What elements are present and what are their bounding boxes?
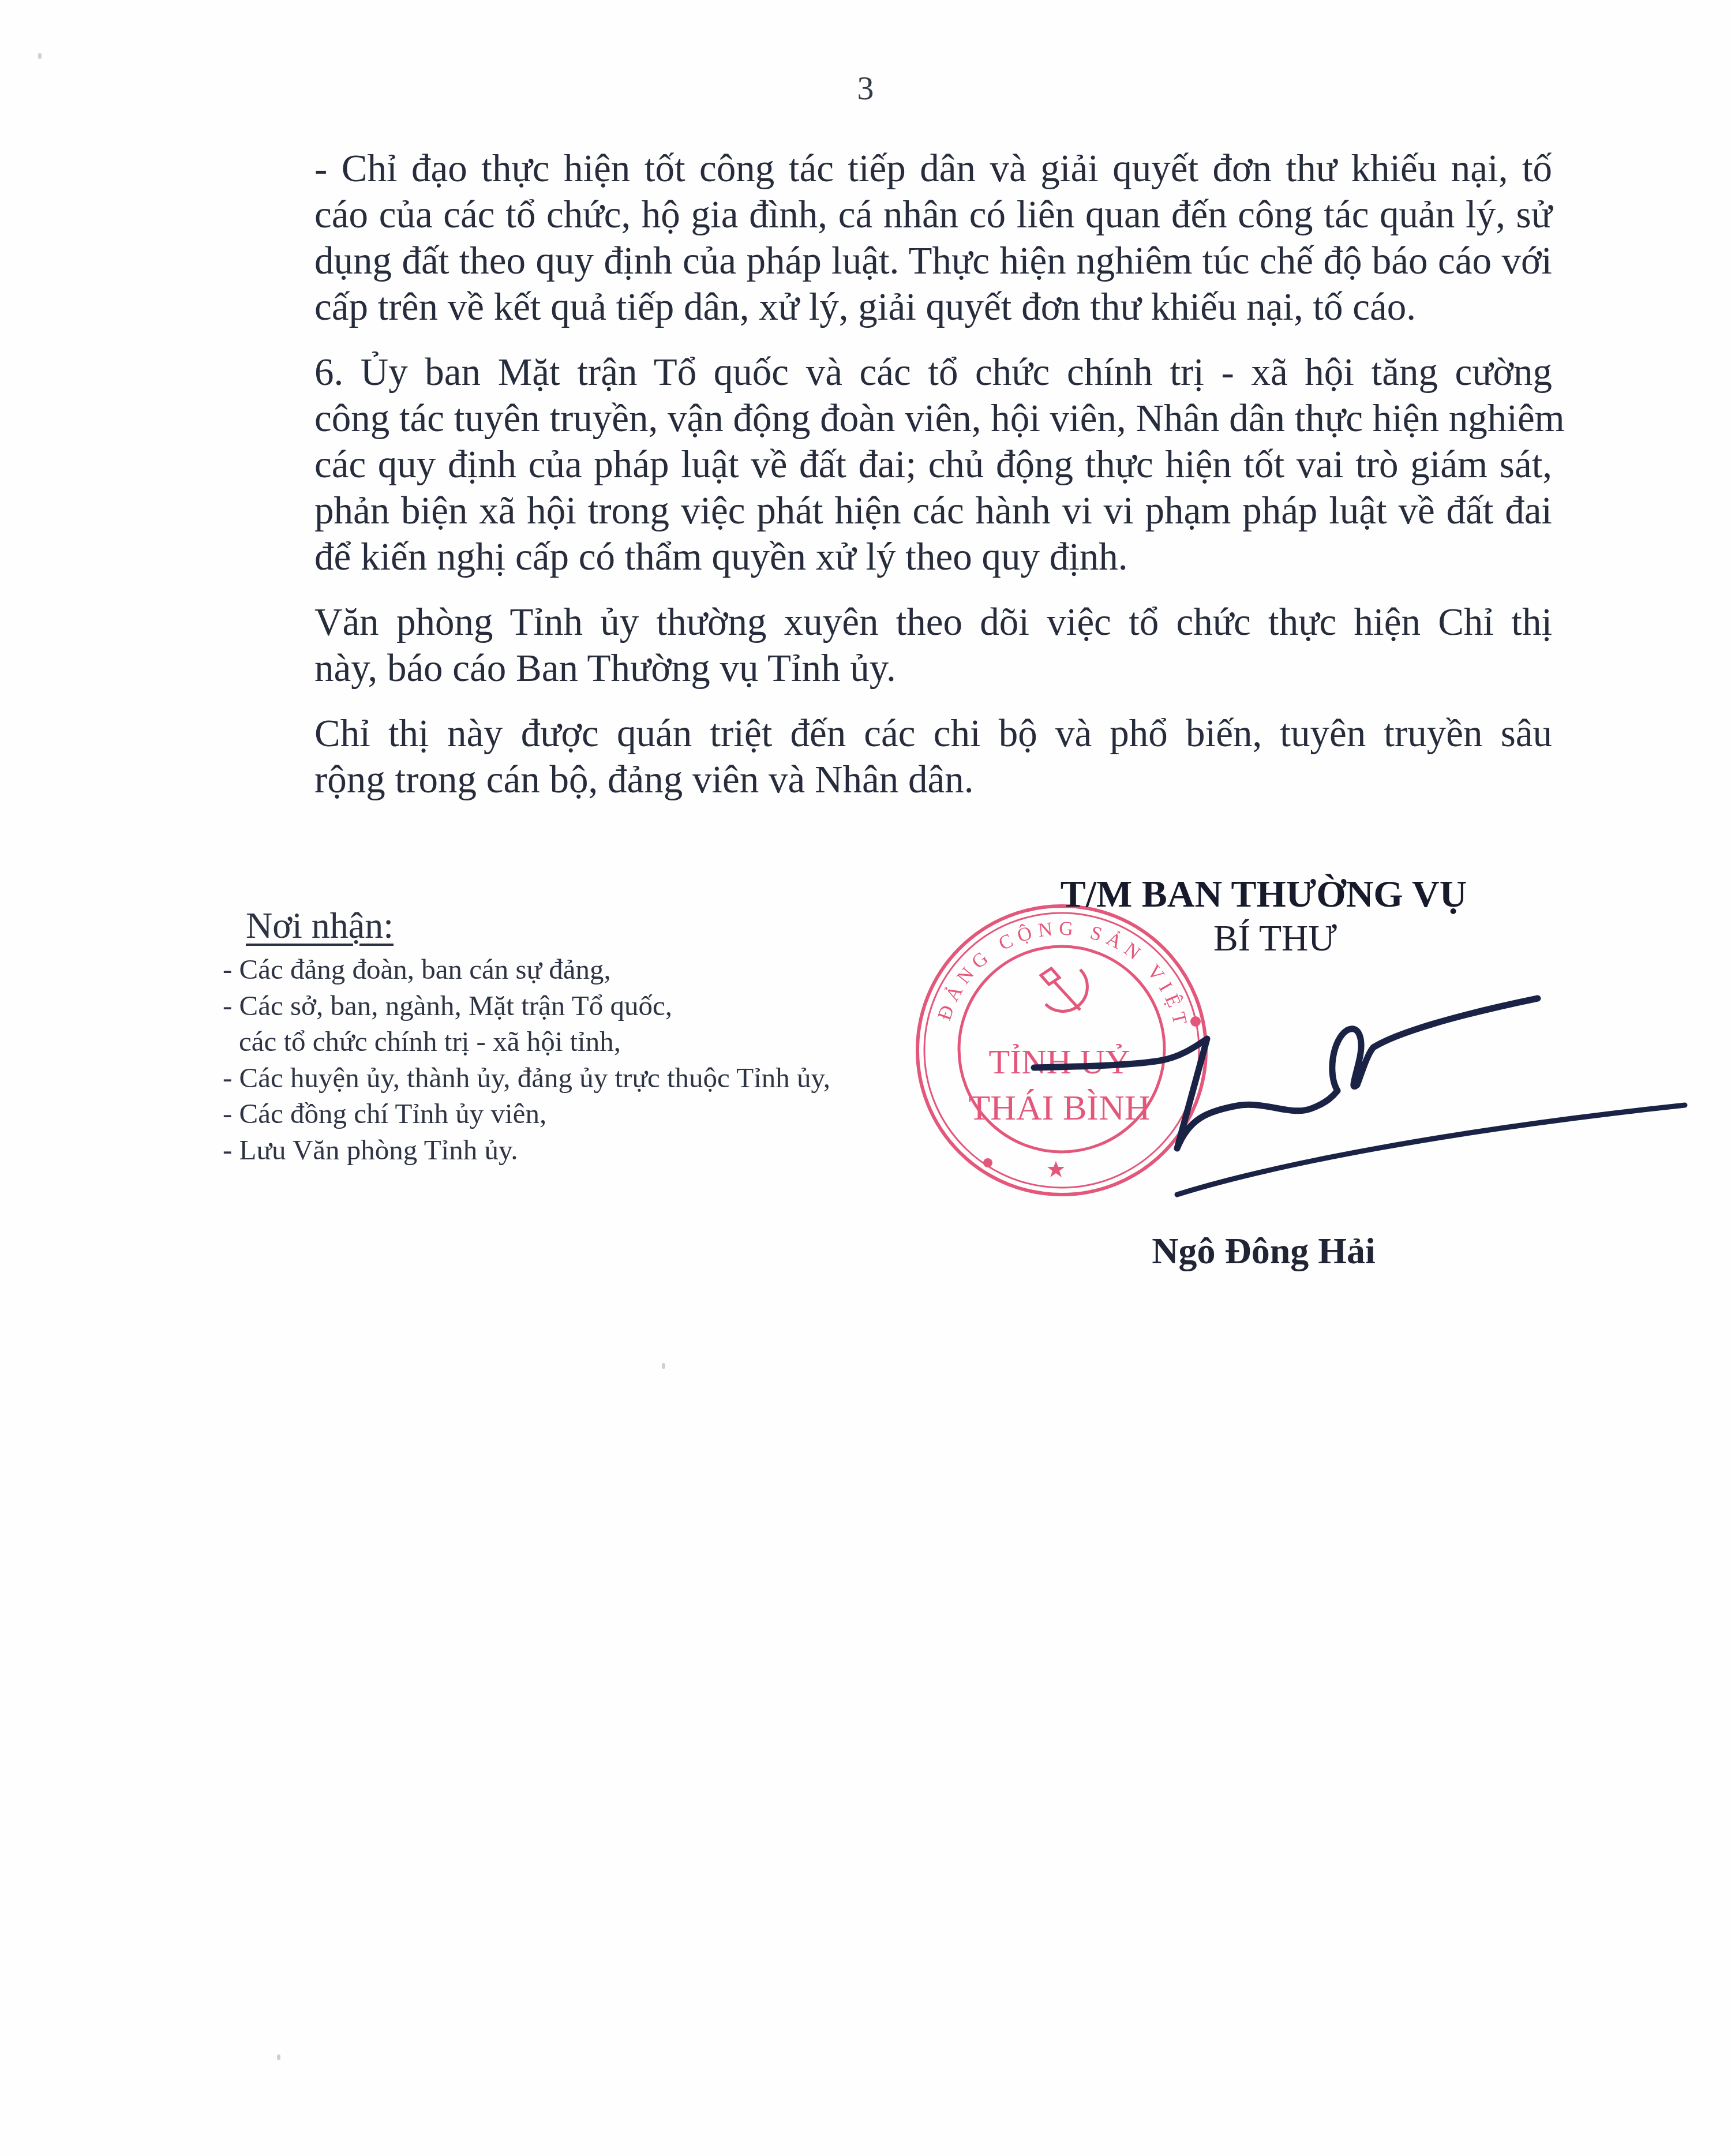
signatory-name: Ngô Đông Hải (935, 1228, 1593, 1274)
text-line: các quy định của pháp luật về đất đai; c… (228, 441, 1552, 488)
text-line: 6. Ủy ban Mặt trận Tổ quốc và các tổ chứ… (228, 349, 1552, 395)
document-page: 3 - Chỉ đạo thực hiện tốt công tác tiếp … (0, 0, 1731, 2156)
paragraph-complaints: - Chỉ đạo thực hiện tốt công tác tiếp dâ… (228, 145, 1552, 330)
seal-text-line-1: TỈNH UỶ (989, 1043, 1130, 1081)
text-line: này, báo cáo Ban Thường vụ Tỉnh ủy. (228, 645, 1552, 691)
recipient-item: - Lưu Văn phòng Tỉnh ủy. (223, 1132, 938, 1169)
star-icon (1047, 1161, 1065, 1177)
recipient-item: - Các huyện ủy, thành ủy, đảng ủy trực t… (223, 1060, 938, 1096)
signatory-authority: T/M BAN THƯỜNG VỤ (935, 871, 1593, 918)
recipient-item: - Các đồng chí Tỉnh ủy viên, (223, 1096, 938, 1132)
page-number: 3 (0, 68, 1731, 108)
document-body: - Chỉ đạo thực hiện tốt công tác tiếp dâ… (228, 145, 1552, 803)
recipients-block: Nơi nhận: - Các đảng đoàn, ban cán sự đả… (223, 903, 938, 1168)
text-line: cấp trên về kết quả tiếp dân, xử lý, giả… (228, 284, 1552, 330)
recipient-item: - Các sở, ban, ngành, Mặt trận Tổ quốc, (223, 988, 938, 1024)
text-line: phản biện xã hội trong việc phát hiện cá… (228, 488, 1552, 534)
text-line: Văn phòng Tỉnh ủy thường xuyên theo dõi … (228, 599, 1552, 645)
text-line: công tác tuyên truyền, vận động đoàn viê… (228, 395, 1552, 441)
recipient-item: các tổ chức chính trị - xã hội tỉnh, (223, 1024, 938, 1060)
text-line: - Chỉ đạo thực hiện tốt công tác tiếp dâ… (228, 145, 1552, 192)
text-line: dụng đất theo quy định của pháp luật. Th… (228, 238, 1552, 284)
paragraph-dissemination: Chỉ thị này được quán triệt đến các chi … (228, 710, 1552, 803)
scan-speck (277, 2054, 280, 2060)
recipients-list: - Các đảng đoàn, ban cán sự đảng, - Các … (223, 952, 938, 1168)
text-line: rộng trong cán bộ, đảng viên và Nhân dân… (228, 757, 1552, 803)
hammer-and-sickle-icon (1041, 968, 1087, 1011)
paragraph-office-monitoring: Văn phòng Tỉnh ủy thường xuyên theo dõi … (228, 599, 1552, 691)
seal-text-line-2: THÁI BÌNH (968, 1088, 1150, 1128)
scan-speck (38, 53, 42, 59)
signature-block: T/M BAN THƯỜNG VỤ BÍ THƯ (935, 871, 1593, 959)
scan-speck (662, 1363, 665, 1369)
recipient-item-continuation: các tổ chức chính trị - xã hội tỉnh, (223, 1025, 621, 1057)
recipients-title: Nơi nhận: (246, 903, 938, 948)
text-line: cáo của các tổ chức, hộ gia đình, cá nhâ… (228, 192, 1552, 238)
paragraph-item-6: 6. Ủy ban Mặt trận Tổ quốc và các tổ chứ… (228, 349, 1552, 580)
text-line: Chỉ thị này được quán triệt đến các chi … (228, 710, 1552, 757)
signatory-title: BÍ THƯ (958, 918, 1593, 959)
recipient-item: - Các đảng đoàn, ban cán sự đảng, (223, 952, 938, 988)
text-line: để kiến nghị cấp có thẩm quyền xử lý the… (228, 534, 1552, 580)
